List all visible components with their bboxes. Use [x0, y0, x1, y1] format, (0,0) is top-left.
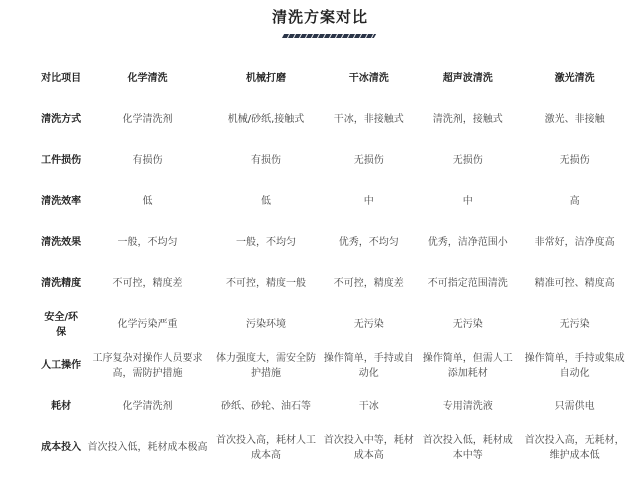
header-cell: 干冰清洗: [321, 58, 416, 99]
table-cell: 首次投入中等，耗材成本高: [321, 427, 416, 468]
table-cell: 低: [84, 181, 210, 222]
table-cell: 专用清洗液: [416, 386, 519, 427]
table-cell: 不可指定范围清洗: [416, 263, 519, 304]
table-cell: 无污染: [321, 304, 416, 345]
header-cell: 对比项目: [38, 58, 84, 99]
table-cell: 低: [211, 181, 322, 222]
table-cell: 中: [321, 181, 416, 222]
row-label: 清洗方式: [38, 99, 84, 140]
table-cell: 高: [519, 181, 630, 222]
table-cell: 无损伤: [321, 140, 416, 181]
table-cell: 优秀，不均匀: [321, 222, 416, 263]
table-cell: 不可控，精度一般: [211, 263, 322, 304]
table-cell: 化学清洗剂: [84, 99, 210, 140]
table-cell: 操作简单，手持或自动化: [321, 345, 416, 386]
table-cell: 化学污染严重: [84, 304, 210, 345]
header-cell: 化学清洗: [84, 58, 210, 99]
table-cell: 化学清洗剂: [84, 386, 210, 427]
table-cell: 有损伤: [211, 140, 322, 181]
header-cell: 激光清洗: [519, 58, 630, 99]
row-label: 成本投入: [38, 427, 84, 468]
table-cell: 首次投入高，耗材人工成本高: [211, 427, 322, 468]
header-cell: 超声波清洗: [416, 58, 519, 99]
row-label: 人工操作: [38, 345, 84, 386]
title-divider: [282, 34, 376, 38]
table-cell: 激光、非接触: [519, 99, 630, 140]
table-cell: 干冰，非接触式: [321, 99, 416, 140]
table-cell: 污染环境: [211, 304, 322, 345]
table-cell: 操作简单，手持或集成自动化: [519, 345, 630, 386]
table-cell: 一般，不均匀: [84, 222, 210, 263]
table-cell: 非常好，洁净度高: [519, 222, 630, 263]
table-cell: 精准可控、精度高: [519, 263, 630, 304]
table-row: 人工操作工序复杂对操作人员要求高，需防护措施体力强度大，需安全防护措施操作简单，…: [38, 345, 630, 386]
table-cell: 中: [416, 181, 519, 222]
table-cell: 体力强度大，需安全防护措施: [211, 345, 322, 386]
table-row: 安全/环保化学污染严重污染环境无污染无污染无污染: [38, 304, 630, 345]
table-cell: 砂纸、砂轮、油石等: [211, 386, 322, 427]
row-label: 清洗效率: [38, 181, 84, 222]
table-cell: 首次投入低，耗材成本极高: [84, 427, 210, 468]
header-row: 对比项目 化学清洗 机械打磨 干冰清洗 超声波清洗 激光清洗: [38, 58, 630, 99]
table-cell: 首次投入高，无耗材，维护成本低: [519, 427, 630, 468]
table-cell: 首次投入低，耗材成本中等: [416, 427, 519, 468]
row-label: 安全/环保: [38, 304, 84, 345]
table-cell: 一般，不均匀: [211, 222, 322, 263]
table-row: 清洗方式化学清洗剂机械/砂纸,接触式干冰，非接触式清洗剂，接触式激光、非接触: [38, 99, 630, 140]
table-cell: 无污染: [416, 304, 519, 345]
table-cell: 清洗剂，接触式: [416, 99, 519, 140]
table-cell: 优秀，洁净范围小: [416, 222, 519, 263]
header-cell: 机械打磨: [211, 58, 322, 99]
table-cell: 不可控，精度差: [321, 263, 416, 304]
row-label: 清洗效果: [38, 222, 84, 263]
table-row: 清洗效率低低中中高: [38, 181, 630, 222]
table-cell: 不可控，精度差: [84, 263, 210, 304]
table-cell: 只需供电: [519, 386, 630, 427]
row-label: 清洗精度: [38, 263, 84, 304]
table-row: 清洗精度不可控，精度差不可控，精度一般不可控，精度差不可指定范围清洗精准可控、精…: [38, 263, 630, 304]
table-row: 成本投入首次投入低，耗材成本极高首次投入高，耗材人工成本高首次投入中等，耗材成本…: [38, 427, 630, 468]
table-row: 清洗效果一般，不均匀一般，不均匀优秀，不均匀优秀，洁净范围小非常好，洁净度高: [38, 222, 630, 263]
table-row: 工件损伤有损伤有损伤无损伤无损伤无损伤: [38, 140, 630, 181]
table-cell: 机械/砂纸,接触式: [211, 99, 322, 140]
table-cell: 无损伤: [519, 140, 630, 181]
page-title: 清洗方案对比: [0, 6, 640, 27]
row-label: 工件损伤: [38, 140, 84, 181]
table-cell: 操作简单，但需人工添加耗材: [416, 345, 519, 386]
table-cell: 干冰: [321, 386, 416, 427]
table-cell: 无损伤: [416, 140, 519, 181]
table-cell: 无污染: [519, 304, 630, 345]
table-cell: 工序复杂对操作人员要求高，需防护措施: [84, 345, 210, 386]
table-cell: 有损伤: [84, 140, 210, 181]
row-label: 耗材: [38, 386, 84, 427]
table-row: 耗材化学清洗剂砂纸、砂轮、油石等干冰专用清洗液只需供电: [38, 386, 630, 427]
comparison-table: 对比项目 化学清洗 机械打磨 干冰清洗 超声波清洗 激光清洗 清洗方式化学清洗剂…: [38, 58, 630, 468]
